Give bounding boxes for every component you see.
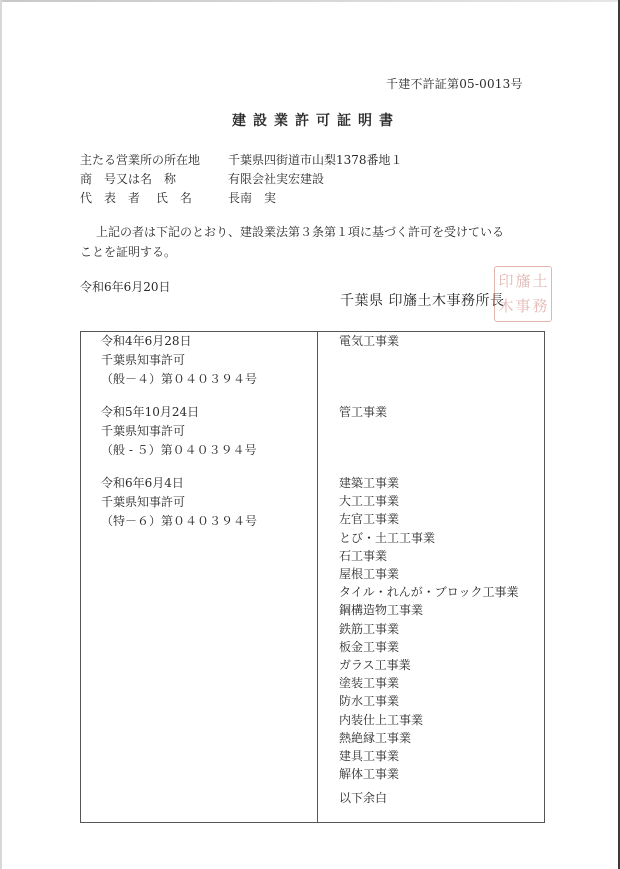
trade-item: 内装仕上工事業 xyxy=(339,711,519,729)
seal-char: 印 xyxy=(498,274,513,289)
permit-entry-3: 令和6年6月4日 千葉県知事許可 （特－６）第０４０３９４号 xyxy=(101,474,257,531)
trade-item: 防水工事業 xyxy=(339,692,519,710)
info-label: 代 表 者 氏 名 xyxy=(80,189,228,206)
applicant-info: 主たる営業所の所在地 千葉県四街道市山梨1378番地１ 商 号又は名 称 有限会… xyxy=(80,150,403,207)
certification-statement: 上記の者は下記のとおり、建設業法第３条第１項に基づく許可を受けている ことを証明… xyxy=(80,222,540,262)
trade-item: 板金工事業 xyxy=(339,638,519,656)
statement-line-1: 上記の者は下記のとおり、建設業法第３条第１項に基づく許可を受けている xyxy=(80,222,540,242)
permit-date: 令和6年6月4日 xyxy=(101,474,257,493)
trade-item: 塗装工事業 xyxy=(339,674,519,692)
info-row-company-name: 商 号又は名 称 有限会社実宏建設 xyxy=(80,169,403,188)
info-row-representative: 代 表 者 氏 名 長南 実 xyxy=(80,188,403,207)
page-edge-left xyxy=(0,0,2,869)
info-label: 商 号又は名 称 xyxy=(80,170,228,187)
permit-column: 令和4年6月28日 千葉県知事許可 （般－４）第０４０３９４号 令和5年10月2… xyxy=(81,332,318,822)
permit-date: 令和5年10月24日 xyxy=(101,403,257,422)
trade-item: とび・土工工事業 xyxy=(339,529,519,547)
info-label: 主たる営業所の所在地 xyxy=(80,151,228,168)
trade-item: 電気工事業 xyxy=(339,332,399,350)
permit-number: （般－４）第０４０３９４号 xyxy=(101,370,257,389)
trade-item: 管工事業 xyxy=(339,403,387,421)
trade-item: 解体工事業 xyxy=(339,765,519,783)
trade-group-1: 電気工事業 xyxy=(339,332,399,350)
trade-item: タイル・れんが・ブロック工事業 xyxy=(339,583,519,601)
document-number: 千建不許証第05-0013号 xyxy=(386,75,523,92)
trade-item: 屋根工事業 xyxy=(339,565,519,583)
official-seal-icon: 印 旛 土 木 事 務 xyxy=(494,266,552,322)
seal-char: 務 xyxy=(532,299,547,314)
statement-line-2: ことを証明する。 xyxy=(80,242,540,262)
permit-number: （特－６）第０４０３９４号 xyxy=(101,512,257,531)
seal-char: 旛 xyxy=(515,274,530,289)
trade-item: 鋼構造物工事業 xyxy=(339,601,519,619)
trade-column: 電気工事業 管工事業 建築工事業 大工工事業 左官工事業 とび・土工工事業 石工… xyxy=(318,332,544,822)
permit-table: 令和4年6月28日 千葉県知事許可 （般－４）第０４０３９４号 令和5年10月2… xyxy=(80,331,545,823)
seal-char: 土 xyxy=(532,274,547,289)
permit-date: 令和4年6月28日 xyxy=(101,332,257,351)
permit-number: （般 - ５）第０４０３９４号 xyxy=(101,441,257,460)
info-value: 長南 実 xyxy=(228,189,276,206)
trade-item: 建具工事業 xyxy=(339,747,519,765)
document-title: 建設業許可証明書 xyxy=(232,110,400,130)
trade-item: 鉄筋工事業 xyxy=(339,620,519,638)
seal-char: 事 xyxy=(515,299,530,314)
info-value: 有限会社実宏建設 xyxy=(228,170,324,187)
issue-date: 令和6年6月20日 xyxy=(80,278,171,295)
permit-entry-2: 令和5年10月24日 千葉県知事許可 （般 - ５）第０４０３９４号 xyxy=(101,403,257,460)
trade-item: 左官工事業 xyxy=(339,510,519,528)
issuer-name: 千葉県 印旛土木事務所長 xyxy=(340,290,504,310)
trade-item: ガラス工事業 xyxy=(339,656,519,674)
page-edge-top xyxy=(0,0,620,2)
info-value: 千葉県四街道市山梨1378番地１ xyxy=(228,151,403,168)
trade-item: 石工事業 xyxy=(339,547,519,565)
end-of-list-note: 以下余白 xyxy=(339,789,387,806)
seal-char: 木 xyxy=(498,299,513,314)
trade-group-2: 管工事業 xyxy=(339,403,387,421)
permit-authority: 千葉県知事許可 xyxy=(101,493,257,512)
permit-entry-1: 令和4年6月28日 千葉県知事許可 （般－４）第０４０３９４号 xyxy=(101,332,257,389)
trade-item: 建築工事業 xyxy=(339,474,519,492)
permit-authority: 千葉県知事許可 xyxy=(101,351,257,370)
permit-authority: 千葉県知事許可 xyxy=(101,422,257,441)
trade-item: 大工工事業 xyxy=(339,492,519,510)
trade-group-3: 建築工事業 大工工事業 左官工事業 とび・土工工事業 石工事業 屋根工事業 タイ… xyxy=(339,474,519,783)
info-row-address: 主たる営業所の所在地 千葉県四街道市山梨1378番地１ xyxy=(80,150,403,169)
trade-item: 熱絶縁工事業 xyxy=(339,729,519,747)
